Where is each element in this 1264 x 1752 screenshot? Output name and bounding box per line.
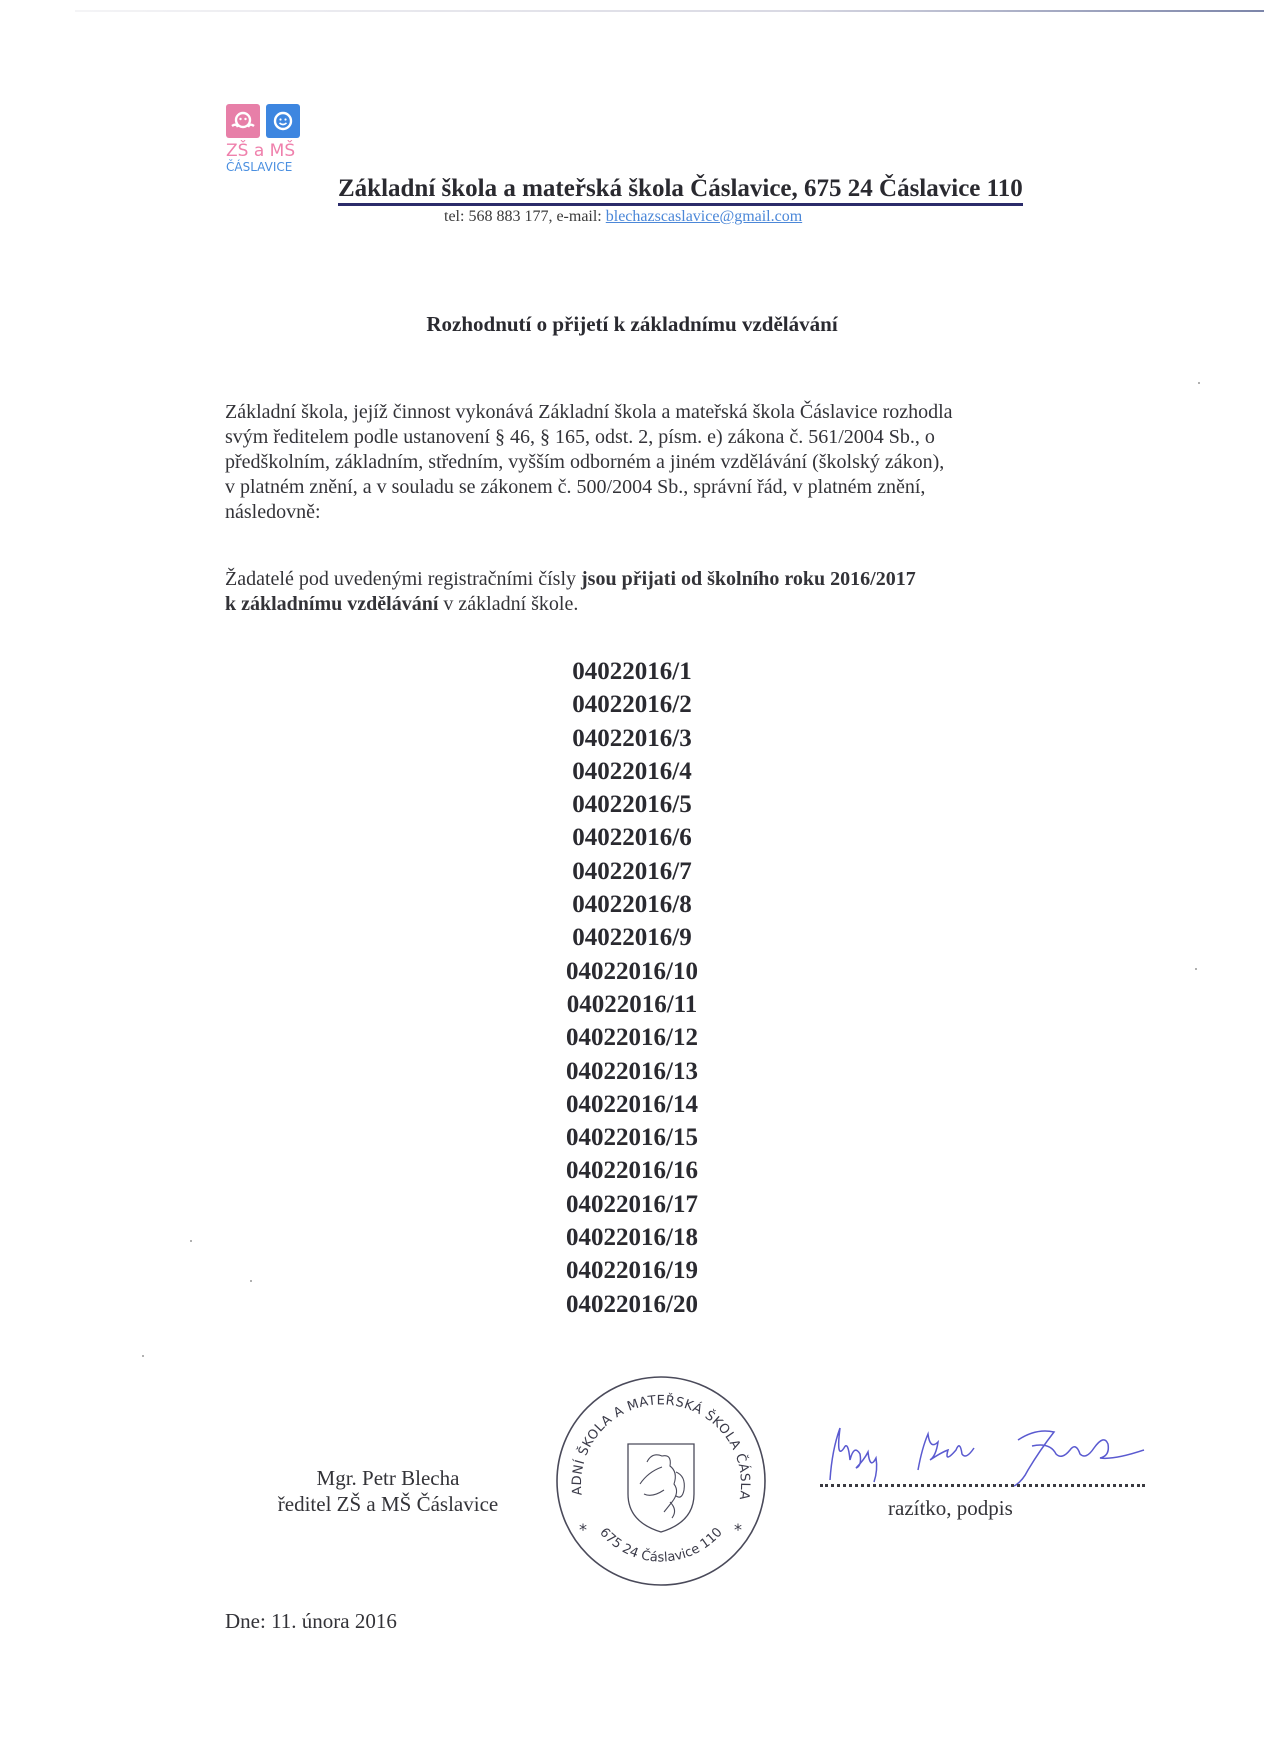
registration-number: 04022016/7	[0, 855, 1264, 888]
registration-number: 04022016/11	[0, 988, 1264, 1021]
registration-number: 04022016/6	[0, 821, 1264, 854]
contact-phone: tel: 568 883 177, e-mail:	[444, 208, 606, 225]
official-stamp: ZÁKLADNÍ ŠKOLA A MATEŘSKÁ ŠKOLA ČÁSLAVIC…	[552, 1372, 770, 1590]
registration-number: 04022016/1	[0, 655, 1264, 688]
signer-block: Mgr. Petr Blecha ředitel ZŠ a MŠ Čáslavi…	[258, 1465, 518, 1517]
logo-text-town: ČÁSLAVICE	[226, 160, 306, 174]
acceptance-line-1: Žadatelé pod uvedenými registračními čís…	[225, 567, 1145, 592]
paragraph-line: následovně:	[225, 500, 1145, 525]
school-name-heading: Základní škola a mateřská škola Čáslavic…	[338, 174, 1023, 206]
document-date: Dne: 11. února 2016	[225, 1609, 397, 1634]
paragraph-line: předškolním, základním, středním, vyšším…	[225, 450, 1145, 475]
registration-number: 04022016/4	[0, 755, 1264, 788]
registration-number: 04022016/3	[0, 722, 1264, 755]
svg-text:ZÁKLADNÍ ŠKOLA A MATEŘSKÁ ŠKOL: ZÁKLADNÍ ŠKOLA A MATEŘSKÁ ŠKOLA ČÁSLAVIC…	[552, 1372, 752, 1501]
signer-name: Mgr. Petr Blecha	[258, 1465, 518, 1491]
paragraph-line: v platném znění, a v souladu se zákonem …	[225, 475, 1145, 500]
registration-number: 04022016/8	[0, 888, 1264, 921]
girl-face-icon	[226, 104, 260, 138]
scan-speck	[142, 1355, 144, 1357]
registration-number: 04022016/5	[0, 788, 1264, 821]
registration-number: 04022016/19	[0, 1254, 1264, 1287]
registration-number: 04022016/13	[0, 1055, 1264, 1088]
document-title: Rozhodnutí o přijetí k základnímu vzdělá…	[0, 312, 1264, 337]
registration-number: 04022016/20	[0, 1288, 1264, 1321]
handwritten-signature	[818, 1420, 1148, 1490]
registration-number: 04022016/12	[0, 1021, 1264, 1054]
decision-paragraph: Základní škola, jejíž činnost vykonává Z…	[225, 400, 1145, 525]
paragraph-line: Základní škola, jejíž činnost vykonává Z…	[225, 400, 1145, 425]
registration-number: 04022016/9	[0, 921, 1264, 954]
svg-text:675 24 Čáslavice 110: 675 24 Čáslavice 110	[596, 1525, 725, 1565]
scan-speck	[1195, 968, 1197, 970]
school-logo: ZŠ a MŠ ČÁSLAVICE	[226, 104, 306, 174]
logo-text-school: ZŠ a MŠ	[226, 142, 306, 160]
registration-number: 04022016/14	[0, 1088, 1264, 1121]
signer-role: ředitel ZŠ a MŠ Čáslavice	[258, 1491, 518, 1517]
registration-number: 04022016/10	[0, 955, 1264, 988]
registration-number: 04022016/18	[0, 1221, 1264, 1254]
scan-speck	[250, 1280, 252, 1282]
scan-speck	[1198, 382, 1200, 384]
acceptance-line-2: k základnímu vzdělávání v základní škole…	[225, 592, 1145, 617]
contact-line: tel: 568 883 177, e-mail: blechazscaslav…	[444, 208, 802, 226]
acceptance-emphasis: jsou přijati od školního roku 2016/2017	[581, 568, 916, 590]
acceptance-paragraph: Žadatelé pod uvedenými registračními čís…	[225, 567, 1145, 617]
scan-edge-line	[75, 10, 1264, 12]
signature-dotted-line	[820, 1484, 1145, 1487]
stamp-top-text: ZÁKLADNÍ ŠKOLA A MATEŘSKÁ ŠKOLA ČÁSLAVIC…	[552, 1372, 752, 1501]
registration-number: 04022016/17	[0, 1188, 1264, 1221]
boy-face-icon	[266, 104, 300, 138]
stamp-bottom-text: 675 24 Čáslavice 110	[596, 1525, 725, 1565]
acceptance-text: Žadatelé pod uvedenými registračními čís…	[225, 568, 581, 590]
email-link[interactable]: blechazscaslavice@gmail.com	[606, 208, 802, 225]
paragraph-line: svým ředitelem podle ustanovení § 46, § …	[225, 425, 1145, 450]
acceptance-text: v základní škole.	[438, 593, 578, 615]
registration-number: 04022016/15	[0, 1121, 1264, 1154]
registration-number-list: 04022016/104022016/204022016/304022016/4…	[0, 655, 1264, 1321]
registration-number: 04022016/16	[0, 1154, 1264, 1187]
registration-number: 04022016/2	[0, 688, 1264, 721]
stamp-star: *	[579, 1520, 587, 1539]
scan-speck	[190, 1240, 192, 1242]
coat-of-arms-lion-icon	[628, 1444, 694, 1532]
signature-label: razítko, podpis	[888, 1496, 1013, 1521]
acceptance-emphasis: k základnímu vzdělávání	[225, 593, 438, 615]
stamp-star: *	[734, 1520, 742, 1539]
